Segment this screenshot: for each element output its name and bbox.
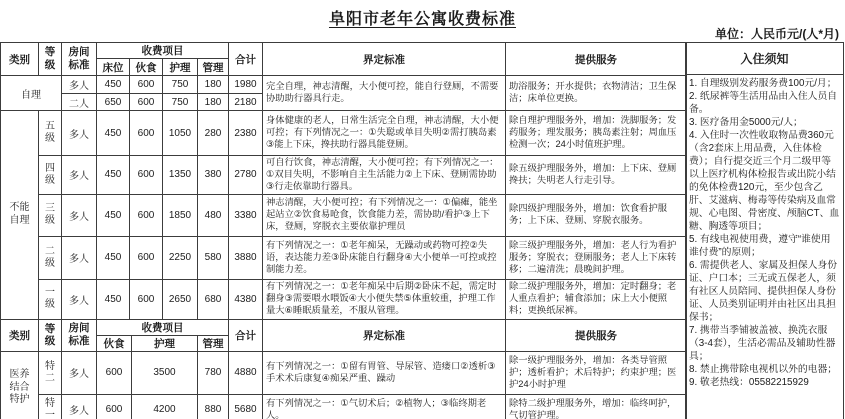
table-row: 不能自理 五级 多人 450 600 1050 280 2380 身体健康的老人…: [1, 111, 687, 156]
bed-fee-cell: 450: [97, 279, 130, 319]
category-cell: 医养结合特护: [1, 351, 39, 419]
total-fee-cell: 2380: [229, 111, 263, 156]
mgmt-fee-cell: 580: [198, 236, 229, 279]
total-fee-cell: 2780: [229, 156, 263, 195]
care-fee-cell: 1050: [163, 111, 198, 156]
care-fee-cell: 4200: [132, 394, 198, 419]
care-fee-cell: 3500: [132, 351, 198, 394]
total-fee-cell: 5680: [229, 394, 263, 419]
notice-item: 2. 纸尿裤等生活用品由入住人员自备。: [689, 90, 840, 116]
header-cell-meal: 伙食: [97, 335, 132, 351]
room-cell: 多人: [62, 76, 97, 94]
header-cell-criteria: 界定标准: [263, 319, 506, 351]
fee-tables: 类别 等级 房间标准 收费项目 合计 界定标准 提供服务 床位 伙食 护理 管理…: [0, 42, 686, 419]
bed-fee-cell: 450: [97, 111, 130, 156]
meal-fee-cell: 600: [130, 236, 163, 279]
grade-cell: 五级: [39, 111, 62, 156]
meal-fee-cell: 600: [130, 111, 163, 156]
header-cell-services: 提供服务: [506, 319, 687, 351]
header-cell-care: 护理: [132, 335, 198, 351]
care-fee-cell: 1350: [163, 156, 198, 195]
meal-fee-cell: 600: [130, 156, 163, 195]
room-cell: 多人: [62, 194, 97, 236]
mgmt-fee-cell: 880: [198, 394, 229, 419]
meal-fee-cell: 600: [130, 94, 163, 111]
header-cell-total: 合计: [229, 43, 263, 76]
care-fee-cell: 2250: [163, 236, 198, 279]
notice-header: 入住须知: [686, 43, 843, 75]
header-cell-criteria: 界定标准: [263, 43, 506, 76]
table-row: 三级 多人 450 600 1850 480 3380 神志清醒，大小便可控；有…: [1, 194, 687, 236]
category-cell: 自理: [1, 76, 62, 111]
table-header-row: 类别 等级 房间标准 收费项目 合计 界定标准 提供服务: [1, 43, 687, 59]
meal-fee-cell: 600: [97, 351, 132, 394]
header-cell-services: 提供服务: [506, 43, 687, 76]
criteria-cell: 有下列情况之一：①老年痴呆，无躁动或药物可控②失语，表达能力差③卧床能自行翻身④…: [263, 236, 506, 279]
header-cell-fee-group: 收费项目: [97, 43, 229, 59]
table-row: 自理 多人 450 600 750 180 1980 完全自理，神志清醒，大小便…: [1, 76, 687, 94]
notice-item: 4. 入住时一次性收取物品费360元（含2套床上用品费，入住体检费）；自行提交近…: [689, 129, 840, 233]
services-cell: 除特二级护理服务外，增加：临终呵护，气切管护理。: [506, 394, 687, 419]
mgmt-fee-cell: 180: [198, 94, 229, 111]
header-cell-category: 类别: [1, 43, 39, 76]
header-cell-category: 类别: [1, 319, 39, 351]
header-cell-room: 房间标准: [62, 319, 97, 351]
services-cell: 除四级护理服务外，增加：饮食看护服务；上下床、登厕、穿脱衣服务。: [506, 194, 687, 236]
table-area: 类别 等级 房间标准 收费项目 合计 界定标准 提供服务 床位 伙食 护理 管理…: [0, 42, 845, 419]
bed-fee-cell: 450: [97, 76, 130, 94]
criteria-cell: 神志清醒，大小便可控；有下列情况之一：①偏瘫，能坐起站立②饮食易呛食，饮食能力差…: [263, 194, 506, 236]
care-fee-cell: 750: [163, 94, 198, 111]
total-fee-cell: 4880: [229, 351, 263, 394]
header-cell-grade: 等级: [39, 43, 62, 76]
room-cell: 多人: [62, 236, 97, 279]
meal-fee-cell: 600: [130, 194, 163, 236]
mgmt-fee-cell: 680: [198, 279, 229, 319]
services-cell: 除一级护理服务外，增加：各类导管照护；透析看护；术后特护；约束护理；医护24小时…: [506, 351, 687, 394]
meal-fee-cell: 600: [130, 279, 163, 319]
services-cell: 除三级护理服务外，增加：老人行为看护服务；穿脱衣；登厕服务；老人上下床转移；二遍…: [506, 236, 687, 279]
care-fee-cell: 1850: [163, 194, 198, 236]
total-fee-cell: 1980: [229, 76, 263, 94]
total-fee-cell: 4380: [229, 279, 263, 319]
header-cell-mgmt: 管理: [198, 335, 229, 351]
header-cell-room: 房间标准: [62, 43, 97, 76]
services-cell: 除自理护理服务外，增加：洗脚服务；发药服务；理发服务；胰岛素注射；周血压检测一次…: [506, 111, 687, 156]
room-cell: 多人: [62, 279, 97, 319]
table-row: 特一 多人 600 4200 880 5680 有下列情况之一：①气切术后；②植…: [1, 394, 687, 419]
header-cell-meal: 伙食: [130, 59, 163, 76]
notice-item: 6. 需提供老人、家属及担保人身份证、户口本；三无或五保老人，须有社区人员陪同、…: [689, 259, 840, 324]
bed-fee-cell: 650: [97, 94, 130, 111]
unit-note: 单位：人民币元/(人*月): [0, 28, 845, 42]
notice-item: 9. 敬老热线：05582215929: [689, 376, 840, 389]
header-cell-fee-group: 收费项目: [97, 319, 229, 335]
criteria-cell: 完全自理，神志清醒，大小便可控，能自行登厕，不需要协助助行器具行走。: [263, 76, 506, 111]
services-cell: 除五级护理服务外，增加：上下床、登厕搀扶；失明老人行走引导。: [506, 156, 687, 195]
criteria-cell: 有下列情况之一：①气切术后；②植物人；③临终期老人。: [263, 394, 506, 419]
total-fee-cell: 3880: [229, 236, 263, 279]
criteria-cell: 可自行饮食，神志清醒，大小便可控；有下列情况之一：①双目失明，不影响自主生活能力…: [263, 156, 506, 195]
meal-fee-cell: 600: [130, 76, 163, 94]
fee-table-upper: 类别 等级 房间标准 收费项目 合计 界定标准 提供服务 床位 伙食 护理 管理…: [0, 42, 687, 320]
total-fee-cell: 3380: [229, 194, 263, 236]
header-cell-bed: 床位: [97, 59, 130, 76]
room-cell: 多人: [62, 351, 97, 394]
criteria-cell: 身体健康的老人，日常生活完全自理，神志清醒，大小便可控；有下列情况之一：①失聪或…: [263, 111, 506, 156]
page-title: 阜阳市老年公寓收费标准: [0, 0, 845, 28]
services-cell: 除二级护理服务外，增加：定时翻身；老人重点看护；辅食添加；床上大小便照料；更换纸…: [506, 279, 687, 319]
grade-cell: 四级: [39, 156, 62, 195]
notice-item: 5. 有线电视使用费，遵守“谁使用谁付费”的原则；: [689, 233, 840, 259]
care-fee-cell: 750: [163, 76, 198, 94]
category-cell: 不能自理: [1, 111, 39, 320]
notice-list: 1. 自理级别发药服务费100元/月； 2. 纸尿裤等生活用品由入住人员自备。 …: [686, 75, 843, 419]
bed-fee-cell: 450: [97, 236, 130, 279]
total-fee-cell: 2180: [229, 94, 263, 111]
mgmt-fee-cell: 780: [198, 351, 229, 394]
meal-fee-cell: 600: [97, 394, 132, 419]
table-row: 医养结合特护 特二 多人 600 3500 780 4880 有下列情况之一：①…: [1, 351, 687, 394]
table-row: 一级 多人 450 600 2650 680 4380 有下列情况之一：①老年痴…: [1, 279, 687, 319]
table-header-row: 类别 等级 房间标准 收费项目 合计 界定标准 提供服务: [1, 319, 687, 335]
bed-fee-cell: 450: [97, 156, 130, 195]
grade-cell: 一级: [39, 279, 62, 319]
header-cell-grade: 等级: [39, 319, 62, 351]
notice-item: 1. 自理级别发药服务费100元/月；: [689, 77, 840, 90]
table-row: 二级 多人 450 600 2250 580 3880 有下列情况之一：①老年痴…: [1, 236, 687, 279]
mgmt-fee-cell: 180: [198, 76, 229, 94]
header-cell-mgmt: 管理: [198, 59, 229, 76]
grade-cell: 特二: [39, 351, 62, 394]
grade-cell: 二级: [39, 236, 62, 279]
fee-table-lower: 类别 等级 房间标准 收费项目 合计 界定标准 提供服务 伙食 护理 管理 医养…: [0, 319, 687, 419]
criteria-cell: 有下列情况之一：①留有胃管、导尿管、造瘘口②透析③手术术后康复④痴呆严重、躁动: [263, 351, 506, 394]
notice-item: 3. 医疗备用金5000元/人；: [689, 116, 840, 129]
header-cell-care: 护理: [163, 59, 198, 76]
notice-item: 8. 禁止携带除电视机以外的电器；: [689, 363, 840, 376]
notice-item: 7. 携带当季铺被盖被、换洗衣服（3-4套），生活必需品及辅助性器具；: [689, 324, 840, 363]
services-cell: 助浴服务；开水提供；衣物清洁；卫生保洁；床单位更换。: [506, 76, 687, 111]
criteria-cell: 有下列情况之一：①老年痴呆中后期②卧床不起，需定时翻身③需要喂水喂饭④大小便失禁…: [263, 279, 506, 319]
room-cell: 多人: [62, 156, 97, 195]
mgmt-fee-cell: 280: [198, 111, 229, 156]
notice-panel: 入住须知 1. 自理级别发药服务费100元/月； 2. 纸尿裤等生活用品由入住人…: [685, 42, 844, 419]
table-row: 四级 多人 450 600 1350 380 2780 可自行饮食，神志清醒，大…: [1, 156, 687, 195]
mgmt-fee-cell: 480: [198, 194, 229, 236]
header-cell-total: 合计: [229, 319, 263, 351]
room-cell: 多人: [62, 394, 97, 419]
mgmt-fee-cell: 380: [198, 156, 229, 195]
care-fee-cell: 2650: [163, 279, 198, 319]
room-cell: 多人: [62, 111, 97, 156]
room-cell: 二人: [62, 94, 97, 111]
grade-cell: 特一: [39, 394, 62, 419]
grade-cell: 三级: [39, 194, 62, 236]
bed-fee-cell: 450: [97, 194, 130, 236]
fee-standard-document: 阜阳市老年公寓收费标准 单位：人民币元/(人*月) 类别 等级 房间标准 收费项…: [0, 0, 845, 419]
